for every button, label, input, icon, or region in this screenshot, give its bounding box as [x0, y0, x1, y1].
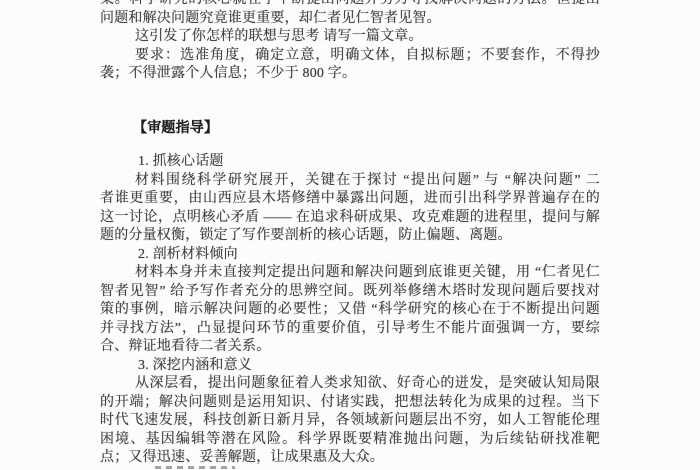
section-1-text-line: 者谁更重要，由山西应县木塔修缮中暴露出问题，进而引出科学界普遍存在的 — [100, 190, 600, 209]
prompt-requirements-line: 要求：选准角度，确定立意，明确文体，自拟标题；不要套作，不得抄 — [100, 47, 600, 66]
section-1-text-line: 题的分量权衡，锁定了写作要剖析的核心话题，防止偏题、离题。 — [100, 227, 600, 246]
section-1-text-line: 这一讨论，点明核心矛盾 —— 在追求科研成果、攻克难题的进程里，提问与解 — [100, 209, 600, 228]
prompt-requirements-line: 袭；不得泄露个人信息；不少于 800 字。 — [100, 65, 600, 84]
guide-section-2: 2. 剖析材料倾向 材料本身并未直接判定提出问题和解决问题到底谁更关键，用 “仁… — [100, 246, 600, 357]
guide-section-3: 3. 深挖内涵和意义 从深层看，提出问题象征着人类求知欲、好奇心的迸发，是突破认… — [100, 357, 600, 468]
section-3-text-line: 困境、基因编辑等潜在风险。科学界既要精准抛出问题，为后续钻研找准靶 — [100, 431, 600, 450]
section-3-text-line: 的开端；解决问题则是运用知识、付诸实践，把想法转化为成果的过程。当下 — [100, 394, 600, 413]
prompt-line-cutoff-top: 案。科学研究的核心就在于不断提出问题并努力寻找解决问题的方法。但提出 — [100, 0, 600, 10]
guide-section-heading: 【审题指导】 — [133, 120, 600, 139]
section-2-text-line: 并寻找方法”，凸显提问环节的重要价值，引导考生不能片面强调一方，要综 — [100, 320, 600, 339]
section-3-text-line: 从深层看，提出问题象征着人类求知欲、好奇心的迸发，是突破认知局限 — [100, 375, 600, 394]
scanned-document-page: 案。科学研究的核心就在于不断提出问题并努力寻找解决问题的方法。但提出 问题和解决… — [0, 0, 700, 470]
section-2-text-line: 材料本身并未直接判定提出问题和解决问题到底谁更关键，用 “仁者见仁 — [100, 264, 600, 283]
essay-prompt-block: 案。科学研究的核心就在于不断提出问题并努力寻找解决问题的方法。但提出 问题和解决… — [100, 0, 600, 84]
section-3-text-line: 时代飞速发展，科技创新日新月异，各领域新问题层出不穷，如人工智能伦理 — [100, 412, 600, 431]
section-1-text-line: 材料围绕科学研究展开，关键在于探讨 “提出问题” 与 “解决问题” 二 — [100, 172, 600, 191]
section-3-title: 3. 深挖内涵和意义 — [138, 357, 600, 376]
section-2-text-line: 智者见智” 给予写作者充分的思辨空间。既列举修缮木塔时发现问题后要找对 — [100, 283, 600, 302]
section-2-text-line: 合、辩证地看待二者关系。 — [100, 338, 600, 357]
section-2-text-line: 策的事例，暗示解决问题的必要性；又借 “科学研究的核心在于不断提出问题 — [100, 301, 600, 320]
prompt-line: 这引发了你怎样的联想与思考 请写一篇文章。 — [100, 28, 600, 47]
document-text-column: 案。科学研究的核心就在于不断提出问题并努力寻找解决问题的方法。但提出 问题和解决… — [100, 0, 600, 468]
section-2-title: 2. 剖析材料倾向 — [138, 246, 600, 265]
prompt-line: 问题和解决问题究竟谁更重要，却仁者见仁智者见智。 — [100, 10, 600, 29]
section-1-title: 1. 抓核心话题 — [138, 153, 600, 172]
guide-section-1: 1. 抓核心话题 材料围绕科学研究展开，关键在于探讨 “提出问题” 与 “解决问… — [100, 153, 600, 246]
cutoff-line-fragment-bottom — [155, 464, 235, 469]
